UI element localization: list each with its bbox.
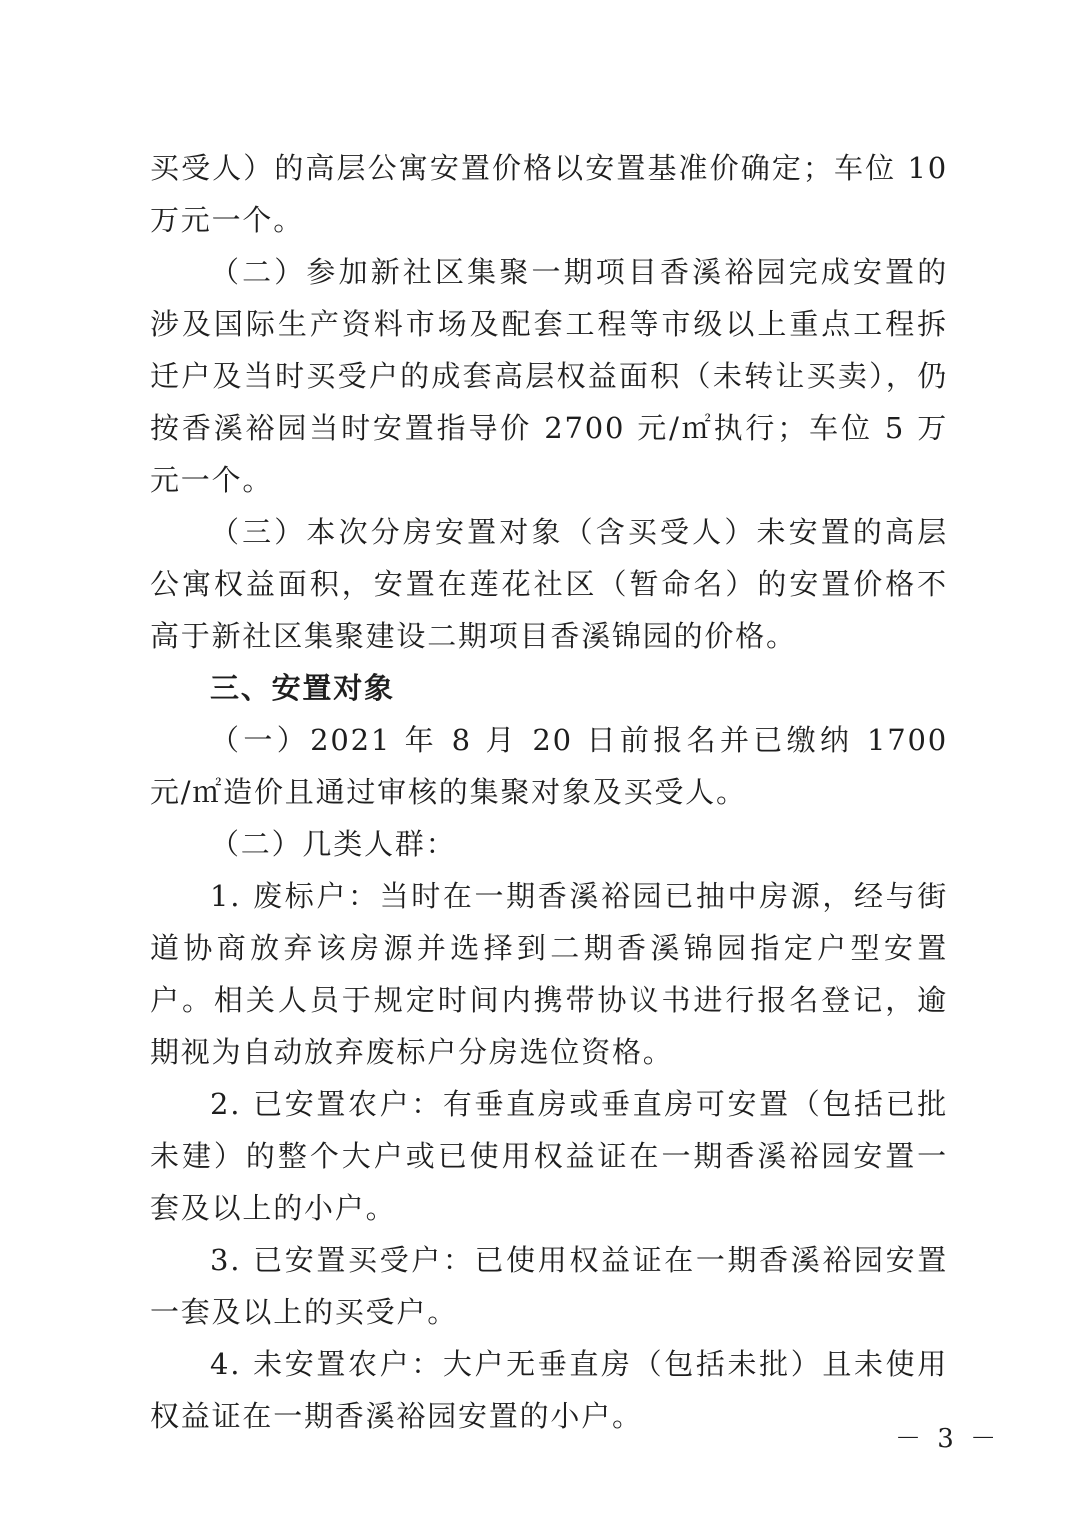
list-item-group-4-unresettled-farmers: 4. 未安置农户：大户无垂直房（包括未批）且未使用权益证在一期香溪裕园安置的小户… xyxy=(150,1338,948,1442)
list-item-group-1-abandoned-bid: 1. 废标户：当时在一期香溪裕园已抽中房源，经与街道协商放弃该房源并选择到二期香… xyxy=(150,870,948,1078)
paragraph-continued-price: 买受人）的高层公寓安置价格以安置基准价确定；车位 10 万元一个。 xyxy=(150,142,948,246)
paragraph-target-1-registered: （一）2021 年 8 月 20 日前报名并已缴纳 1700 元/㎡造价且通过审… xyxy=(150,714,948,818)
page-number: － 3 － xyxy=(895,1418,1000,1455)
section-heading-resettlement-targets: 三、安置对象 xyxy=(150,662,948,714)
paragraph-item-2-key-project-households: （二）参加新社区集聚一期项目香溪裕园完成安置的涉及国际生产资料市场及配套工程等市… xyxy=(150,246,948,506)
document-body: 买受人）的高层公寓安置价格以安置基准价确定；车位 10 万元一个。 （二）参加新… xyxy=(150,142,948,1442)
paragraph-target-2-groups: （二）几类人群： xyxy=(150,818,948,870)
document-page: 买受人）的高层公寓安置价格以安置基准价确定；车位 10 万元一个。 （二）参加新… xyxy=(0,0,1080,1527)
paragraph-item-3-lianhua-community: （三）本次分房安置对象（含买受人）未安置的高层公寓权益面积，安置在莲花社区（暂命… xyxy=(150,506,948,662)
list-item-group-3-resettled-buyers: 3. 已安置买受户：已使用权益证在一期香溪裕园安置一套及以上的买受户。 xyxy=(150,1234,948,1338)
list-item-group-2-resettled-farmers: 2. 已安置农户：有垂直房或垂直房可安置（包括已批未建）的整个大户或已使用权益证… xyxy=(150,1078,948,1234)
